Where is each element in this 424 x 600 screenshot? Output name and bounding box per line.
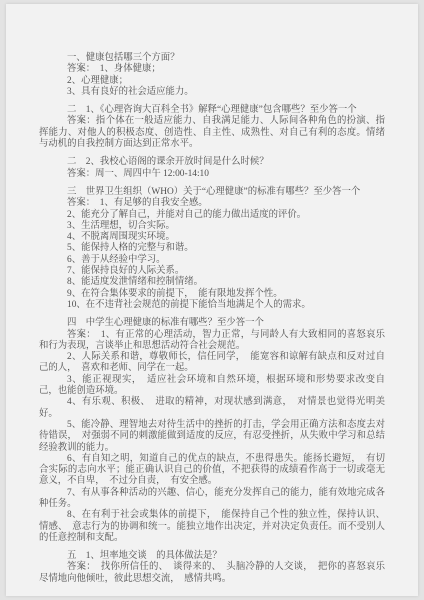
qa-section: 二 2、我校心语阁的课余开放时间是什么时候？答案：周一、周四中午 12:00-1… xyxy=(39,157,385,180)
paragraph: 7、有从事各种活动的兴趣、信心，能充分发挥自己的能力，能有效地完成各种任务。 xyxy=(39,488,385,511)
paragraph: 答案：指个体在一般适应能力、自我满足能力、人际间各种角色的扮演、指挥能力、对他人… xyxy=(39,116,385,150)
paragraph: 10、在不违背社会规范的前提下能恰当地满足个人的需求。 xyxy=(39,300,385,311)
paragraph: 6、有自知之明，知道自己的优点的缺点，不患得患失。能扬长避短， 有切合实际的志向… xyxy=(39,454,385,488)
qa-section: 一、健康包括哪三个方面？答案： 1、身体健康；2、心理健康；3、具有良好的社会适… xyxy=(39,53,385,98)
qa-section: 五 1、坦率地交谈 的具体做法是？答案： 找你所信任的、 谈得来的、 头脑冷静的… xyxy=(39,551,385,585)
paragraph: 8、能适度发泄情绪和控制情绪。 xyxy=(39,277,385,288)
paragraph: 6、善于从经验中学习。 xyxy=(39,255,385,266)
paragraph: 4、有乐观、积极、 进取的精神，对现状感到满意， 对情景也觉得光明美好。 xyxy=(39,397,385,420)
paragraph: 2、能充分了解自己，并能对自己的能力做出适度的评价。 xyxy=(39,210,385,221)
paragraph: 3、生活理想，切合实际。 xyxy=(39,221,385,232)
paragraph: 7、能保持良好的人际关系。 xyxy=(39,266,385,277)
paragraph: 答案： 找你所信任的、 谈得来的、 头脑冷静的人交谈， 把你的喜怒哀乐尽情地向他… xyxy=(39,562,385,585)
qa-section: 四 中学生心理健康的标准有哪些？至少答一个答案： 1、有正常的心理活动，智力正常… xyxy=(39,318,385,544)
paragraph: 9、在符合集体要求的前提下， 能有限地发挥个性。 xyxy=(39,289,385,300)
paragraph: 答案： 1、有足够的自我安全感。 xyxy=(39,198,385,209)
paragraph: 8、在有利于社会或集体的前提下， 能保持自己个性的独立性，保持认识、情感、 意志… xyxy=(39,510,385,544)
paragraph: 3、能正视现实， 适应社会环境和自然环境，根据环境和形势要求改变自己，也能创造环… xyxy=(39,375,385,398)
paragraph: 2、心理健康； xyxy=(39,76,385,87)
paragraph: 二 1、《心理咨询大百科全书》解释“心理健康”包含哪些？至少答一个 xyxy=(39,105,385,116)
paragraph: 4、不脱离周围现实环境。 xyxy=(39,232,385,243)
paragraph: 四 中学生心理健康的标准有哪些？至少答一个 xyxy=(39,318,385,329)
paragraph: 2、人际关系和谐，尊敬师长，信任同学， 能宽容和谅解有缺点和反对过自己的人， 喜… xyxy=(39,352,385,375)
paragraph: 二 2、我校心语阁的课余开放时间是什么时候？ xyxy=(39,157,385,168)
paragraph: 答案： 1、身体健康； xyxy=(39,64,385,75)
qa-section: 二 1、《心理咨询大百科全书》解释“心理健康”包含哪些？至少答一个答案：指个体在… xyxy=(39,105,385,150)
paragraph: 答案：周一、周四中午 12:00-14:10 xyxy=(39,169,385,180)
paragraph: 五 1、坦率地交谈 的具体做法是？ xyxy=(39,551,385,562)
paragraph: 一、健康包括哪三个方面？ xyxy=(39,53,385,64)
document-page: 一、健康包括哪三个方面？答案： 1、身体健康；2、心理健康；3、具有良好的社会适… xyxy=(6,4,418,596)
paragraph: 答案： 1、有正常的心理活动，智力正常，与同龄人有大致相同的喜怒哀乐和行为表现，… xyxy=(39,330,385,353)
qa-section: 三 世界卫生组织（WHO）关于“心理健康”的标准有哪些？至少答一个答案： 1、有… xyxy=(39,187,385,311)
document-content: 一、健康包括哪三个方面？答案： 1、身体健康；2、心理健康；3、具有良好的社会适… xyxy=(39,53,385,596)
paragraph: 5、能保持人格的完整与和谐。 xyxy=(39,243,385,254)
paragraph: 5、能冷静、理智地去对待生活中的挫折的打击，学会用正确方法和态度去对待错误， 对… xyxy=(39,420,385,454)
paragraph: 3、具有良好的社会适应能力。 xyxy=(39,87,385,98)
paragraph: 三 世界卫生组织（WHO）关于“心理健康”的标准有哪些？至少答一个 xyxy=(39,187,385,198)
